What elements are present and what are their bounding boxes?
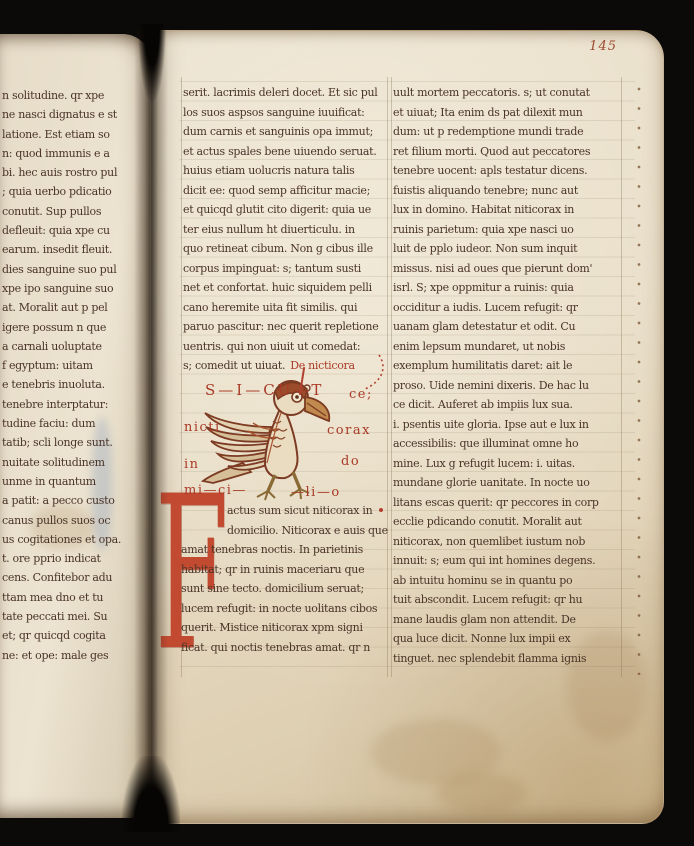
text-line: ne nasci dignatus e st [2,105,124,124]
text-line: qua luce dicit. Nonne lux impii ex [393,629,623,649]
display-word-do: do [341,454,360,469]
red-dotted-flourish [347,353,387,399]
display-word-mi-ci: mi—ci— [184,483,247,498]
text-line: litans escas querit: qr peccores in corp [393,493,623,513]
text-line: lucem refugit: in nocte uolitans cibos [181,599,391,619]
display-word-nicti: nicti [184,420,221,435]
text-line: mundane glorie uanitate. In nocte uo [393,473,623,493]
text-line: luit de pplo iudeor. Non sum inquit [393,239,623,259]
display-word-corax: corax [327,423,371,438]
text-line: los suos aspsos sanguine iuuificat: [183,103,389,123]
text-line: ne: et ope: male ges [2,646,124,665]
text-line: occiditur a iudis. Lucem refugit: qr [393,298,623,318]
text-line: dies sanguine suo pul [2,260,124,279]
text-line: igere possum n que [2,318,124,337]
text-line: cano heremite uita fit similis. qui [183,298,389,318]
text-line: n: quod immunis e a [2,144,124,163]
text-line: ; quia uerbo pdicatio [2,182,124,201]
text-line: uanam glam detestatur et odit. Cu [393,317,623,337]
text-line: mine. Lux g refugit lucem: i. uitas. [393,454,623,474]
text-line: enim lepsum mundaret, ut nobis [393,337,623,357]
column-2: uult mortem peccatoris. s; ut conutatet … [393,83,623,668]
text-line: et quicqd glutit cito digerit: quia ue [183,200,389,220]
parchment-stain [437,773,527,813]
text-line: ret filium morti. Quod aut peccatores [393,142,623,162]
text-line: accessibilis: que illuminat omne ho [393,434,623,454]
text-line: tinguet. nec splendebit flamma ignis [393,649,623,669]
text-line: dicit ee: quod semp afficitur macie; [183,181,389,201]
text-line: mane laudis glam non attendit. De [393,610,623,630]
text-line: tatib; scli longe sunt. [2,433,124,452]
text-line: exemplum humilitatis daret: ait le [393,356,623,376]
text-line: isrl. S; xpe oppmitur a ruinis: quia [393,278,623,298]
column-1: serit. lacrimis deleri docet. Et sic pul… [183,83,389,376]
paragraph-pelican: serit. lacrimis deleri docet. Et sic pul… [183,83,389,356]
text-line: ecclie pdicando conutit. Moralit aut [393,512,623,532]
text-line: amat tenebras noctis. In parietinis [181,540,391,560]
manuscript-photo: n solitudine. qr xpene nasci dignatus e … [0,0,694,846]
text-line: conutit. Sup pullos [2,202,124,221]
text-line: bi. hec auis rostro pul [2,163,124,182]
text-line: querit. Mistice niticorax xpm signi [181,618,391,638]
text-line: cens. Confitebor adu [2,568,124,587]
left-page: n solitudine. qr xpene nasci dignatus e … [0,34,152,818]
column-rule [391,77,392,677]
text-line: a patit: a pecco custo [2,491,124,510]
text-line: et actus spales bene uiuendo seruat. [183,142,389,162]
text-line: tenebre uocent: apls testatur dicens. [393,161,623,181]
text-line: dum carnis et sanguinis opa immut; [183,122,389,142]
text-line: missus. nisi ad oues que pierunt dom' [393,259,623,279]
text-line: actus sum sicut niticorax in [181,501,391,521]
paragraph-nicticorax: actus sum sicut niticorax indomicilio. N… [181,501,391,657]
gutter-shadow [134,28,168,824]
text-line: unme in quantum [2,472,124,491]
text-line: paruo pascitur: nec querit repletione [183,317,389,337]
text-line: fuistis aliquando tenebre; nunc aut [393,181,623,201]
text-line: xpe ipo sanguine suo [2,279,124,298]
text-line: n solitudine. qr xpe [2,86,124,105]
text-line: ruinis parietum: quia xpe nasci uo [393,220,623,240]
text-line: i. psentis uite gloria. Ipse aut e lux i… [393,415,623,435]
pricking-marks [637,87,641,675]
folio-number: 145 [589,39,617,54]
text-line: tate peccati mei. Su [2,607,124,626]
text-line: tenebre interptatur: [2,395,124,414]
display-word-li-o: —li—o [291,485,341,500]
text-line: e tenebris inuoluta. [2,375,124,394]
text-line: et uiuat; Ita enim ds pat dilexit mun [393,103,623,123]
text-line: serit. lacrimis deleri docet. Et sic pul [183,83,389,103]
text-line: corpus impinguat: s; tantum susti [183,259,389,279]
text-line: net et confortat. huic siquidem pelli [183,278,389,298]
text-line: ab intuitu hominu se in quantu po [393,571,623,591]
text-line: dum: ut p redemptione mundi trade [393,122,623,142]
text-line: et; qr quicqd cogita [2,626,124,645]
text-line: nuitate solitudinem [2,453,124,472]
text-line: t. ore pprio indicat [2,549,124,568]
text-line: canus pullos suos oc [2,511,124,530]
text-line: earum. insedit fleuit. [2,240,124,259]
left-page-column: n solitudine. qr xpene nasci dignatus e … [2,86,124,665]
text-line: ter eius nullum ht diuerticulu. in [183,220,389,240]
text-line: lux in domino. Habitat niticorax in [393,200,623,220]
text-line: ttam mea dno et tu [2,588,124,607]
gutter-bottom-shadow [122,756,180,832]
text-line: ficat. qui noctis tenebras amat. qr n [181,638,391,658]
text-line: latione. Est etiam so [2,125,124,144]
text-line: at. Moralit aut p pel [2,298,124,317]
gutter-top-shadow [138,24,166,102]
text-line: tudine faciu: dum [2,414,124,433]
text-line: habitat; qr in ruinis maceriaru que [181,560,391,580]
text-line: domicilio. Niticorax e auis que [181,521,391,541]
text-line: niticorax, non quemlibet iustum nob [393,532,623,552]
text-line: tuit abscondit. Lucem refugit: qr hu [393,590,623,610]
display-word-sicut: S—I—CU—T [205,381,324,399]
text-line: uult mortem peccatoris. s; ut conutat [393,83,623,103]
text-line: quo retineat cibum. Non g cibus ille [183,239,389,259]
text-line: sunt sine tecto. domicilium seruat; [181,579,391,599]
right-page: 145 serit. lacrimis deleri docet. Et sic… [150,30,664,824]
text-line: ce dicit. Auferet ab impiis lux sua. [393,395,623,415]
text-line: a carnali uoluptate [2,337,124,356]
text-line: us cogitationes et opa. [2,530,124,549]
text-line: huius etiam uolucris natura talis [183,161,389,181]
text-line: f egyptum: uitam [2,356,124,375]
text-line: proso. Uide nemini dixeris. De hac lu [393,376,623,396]
text-line: innuit: s; eum qui int homines degens. [393,551,623,571]
text-line: defleuit: quia xpe cu [2,221,124,240]
display-word-in: in [184,457,200,472]
